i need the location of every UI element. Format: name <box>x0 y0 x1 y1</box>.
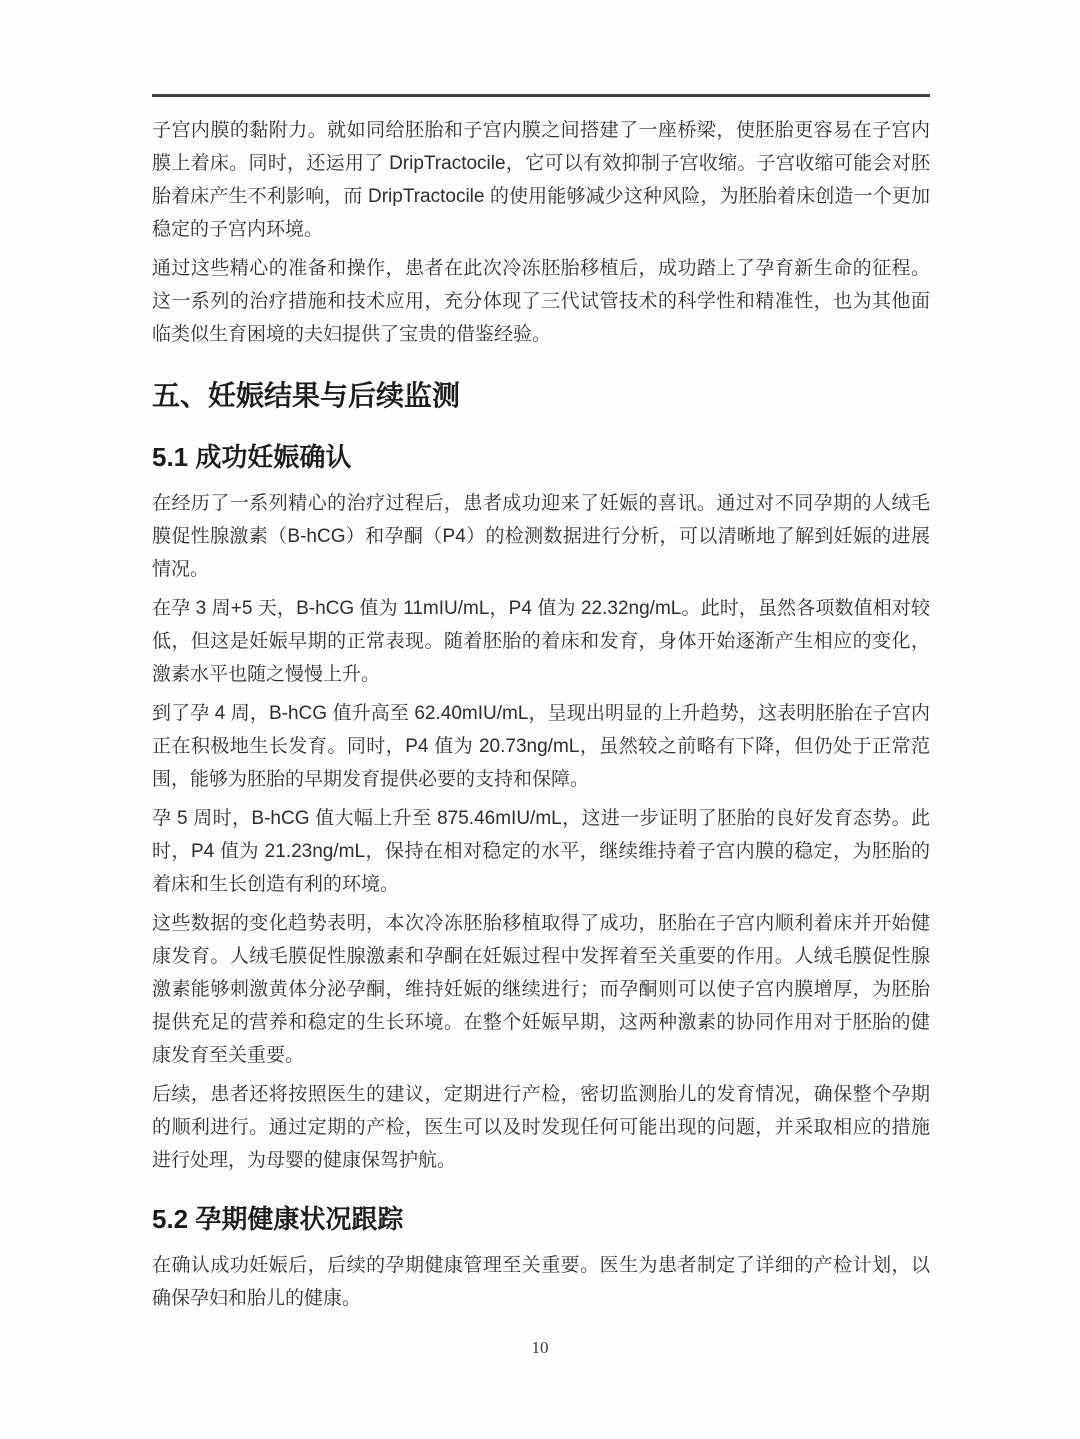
paragraph: 到了孕 4 周，B-hCG 值升高至 62.40mIU/mL，呈现出明显的上升趋… <box>152 697 930 796</box>
paragraph: 后续，患者还将按照医生的建议，定期进行产检，密切监测胎儿的发育情况，确保整个孕期… <box>152 1078 930 1177</box>
subsection-heading: 5.1 成功妊娠确认 <box>152 439 930 475</box>
paragraph: 子宫内膜的黏附力。就如同给胚胎和子宫内膜之间搭建了一座桥梁，使胚胎更容易在子宫内… <box>152 114 930 246</box>
paragraph: 孕 5 周时，B-hCG 值大幅上升至 875.46mIU/mL，这进一步证明了… <box>152 802 930 901</box>
header-rule <box>152 94 930 97</box>
paragraph: 在确认成功妊娠后，后续的孕期健康管理至关重要。医生为患者制定了详细的产检计划，以… <box>152 1249 930 1315</box>
document-body: 子宫内膜的黏附力。就如同给胚胎和子宫内膜之间搭建了一座桥梁，使胚胎更容易在子宫内… <box>152 94 930 1321</box>
paragraph: 在孕 3 周+5 天，B-hCG 值为 11mIU/mL，P4 值为 22.32… <box>152 592 930 691</box>
page-number: 10 <box>0 1338 1080 1358</box>
subsection-heading: 5.2 孕期健康状况跟踪 <box>152 1201 930 1237</box>
paragraph: 在经历了一系列精心的治疗过程后，患者成功迎来了妊娠的喜讯。通过对不同孕期的人绒毛… <box>152 487 930 586</box>
paragraph: 这些数据的变化趋势表明，本次冷冻胚胎移植取得了成功，胚胎在子宫内顺利着床并开始健… <box>152 907 930 1072</box>
paragraph: 通过这些精心的准备和操作，患者在此次冷冻胚胎移植后，成功踏上了孕育新生命的征程。… <box>152 252 930 351</box>
section-heading: 五、妊娠结果与后续监测 <box>152 377 930 415</box>
document-page: 子宫内膜的黏附力。就如同给胚胎和子宫内膜之间搭建了一座桥梁，使胚胎更容易在子宫内… <box>0 0 1080 1439</box>
